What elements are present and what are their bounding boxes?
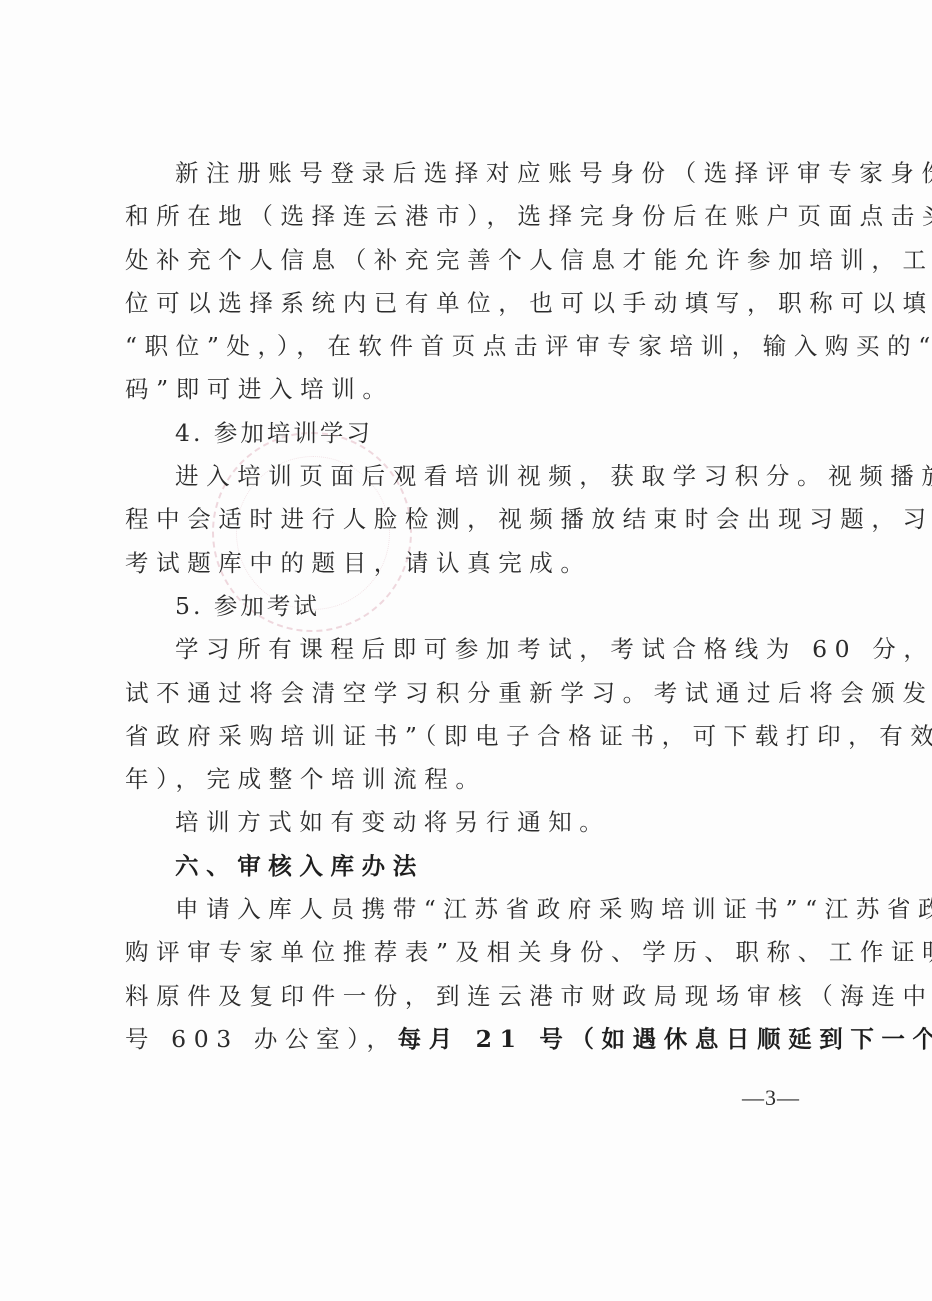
text-line: 新注册账号登录后选择对应账号身份（选择评审专家身份）: [125, 152, 825, 195]
page-number: —3—: [742, 1085, 800, 1111]
text-line: 购评审专家单位推荐表”及相关身份、学历、职称、工作证明等材: [125, 931, 825, 974]
text-line: 和所在地（选择连云港市），选择完身份后在账户页面点击头像: [125, 195, 825, 238]
text-line: 码”即可进入培训。: [125, 368, 825, 411]
section-heading-4: 4. 参加培训学习: [125, 412, 825, 455]
schedule-emphasis: 每月 21 号（如遇休息日顺延到下一个工作日）: [398, 1025, 932, 1053]
text-line: 位可以选择系统内已有单位，也可以手动填写，职称可以填写在: [125, 282, 825, 325]
text-line: 申请入库人员携带“江苏省政府采购培训证书”“江苏省政府采: [125, 888, 825, 931]
address-text: 号 603 办公室），: [125, 1025, 398, 1053]
notice-text: 培训方式如有变动将另行通知。: [125, 801, 825, 844]
text-line: 处补充个人信息（补充完善个人信息才能允许参加培训，工作单: [125, 239, 825, 282]
section-heading-6: 六、审核入库办法: [125, 845, 825, 888]
section-heading-5: 5. 参加考试: [125, 585, 825, 628]
text-line: 年），完成整个培训流程。: [125, 758, 825, 801]
text-line-mixed: 号 603 办公室），每月 21 号（如遇休息日顺延到下一个工作日）: [125, 1018, 825, 1061]
text-line: 试不通过将会清空学习积分重新学习。考试通过后将会颁发“江苏: [125, 672, 825, 715]
text-line: 学习所有课程后即可参加考试，考试合格线为 60 分，三次考: [125, 628, 825, 671]
text-line: 料原件及复印件一份，到连云港市财政局现场审核（海连中路 99: [125, 975, 825, 1018]
text-line: 省政府采购培训证书”（即电子合格证书，可下载打印，有效期三: [125, 715, 825, 758]
text-line: 程中会适时进行人脸检测，视频播放结束时会出现习题，习题为: [125, 498, 825, 541]
document-body: 新注册账号登录后选择对应账号身份（选择评审专家身份） 和所在地（选择连云港市），…: [125, 152, 825, 1061]
text-line: “职位”处，），在软件首页点击评审专家培训，输入购买的“苏学: [125, 325, 825, 368]
text-line: 进入培训页面后观看培训视频，获取学习积分。视频播放过: [125, 455, 825, 498]
document-page: 新注册账号登录后选择对应账号身份（选择评审专家身份） 和所在地（选择连云港市），…: [0, 0, 932, 1301]
text-line: 考试题库中的题目，请认真完成。: [125, 542, 825, 585]
